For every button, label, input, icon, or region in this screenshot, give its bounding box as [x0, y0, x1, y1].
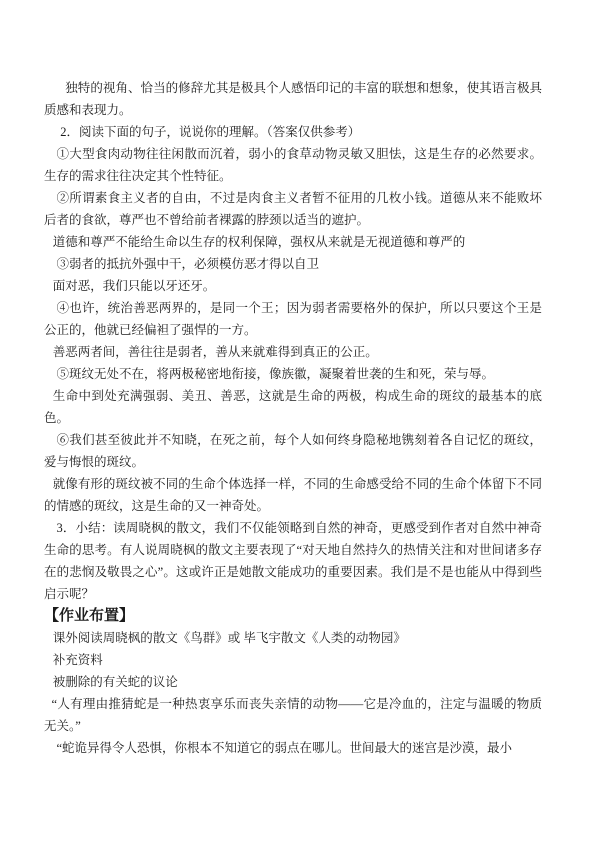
paragraph: 课外阅读周晓枫的散文《鸟群》或 毕飞宇散文《人类的动物园》 — [44, 627, 542, 649]
paragraph: 善恶两者间，善往往是弱者，善从来就难得到真正的公正。 — [44, 341, 542, 363]
paragraph: 2．阅读下面的句子，说说你的理解。（答案仅供参考） — [44, 121, 542, 143]
assignment-section-heading: 【作业布置】 — [44, 605, 542, 627]
document-body: 独特的视角、恰当的修辞尤其是极具个人感悟印记的丰富的联想和想象，使其语言极具质感… — [44, 77, 542, 759]
paragraph: 被删除的有关蛇的议论 — [44, 671, 542, 693]
paragraph: ⑤斑纹无处不在，将两极秘密地衔接，像族徽，凝聚着世袭的生和死，荣与辱。 — [44, 363, 542, 385]
paragraph: 生命中到处充满强弱、美丑、善恶，这就是生命的两极，构成生命的斑纹的最基本的底色。 — [44, 385, 542, 429]
document-page: 独特的视角、恰当的修辞尤其是极具个人感悟印记的丰富的联想和想象，使其语言极具质感… — [0, 0, 595, 841]
paragraph: ③弱者的抵抗外强中干，必须模仿恶才得以自卫 — [44, 253, 542, 275]
paragraph: ①大型食肉动物往往闲散而沉着，弱小的食草动物灵敏又胆怯，这是生存的必然要求。生存… — [44, 143, 542, 187]
paragraph: “人有理由推猜蛇是一种热衷享乐而丧失亲情的动物——它是冷血的，注定与温暖的物质无… — [44, 693, 542, 737]
paragraph: “蛇诡异得令人恐惧，你根本不知道它的弱点在哪儿。世间最大的迷宫是沙漠，最小 — [44, 737, 542, 759]
paragraph: ②所谓素食主义者的自由，不过是肉食主义者暂不征用的几枚小钱。道德从来不能败坏后者… — [44, 187, 542, 231]
paragraph: 面对恶，我们只能以牙还牙。 — [44, 275, 542, 297]
paragraph: ⑥我们甚至彼此并不知晓，在死之前，每个人如何终身隐秘地镌刻着各自记忆的斑纹，爱与… — [44, 429, 542, 473]
paragraph: 就像有形的斑纹被不同的生命个体选择一样，不同的生命感受给不同的生命个体留下不同的… — [44, 473, 542, 517]
paragraph: 道德和尊严不能给生命以生存的权利保障，强权从来就是无视道德和尊严的 — [44, 231, 542, 253]
paragraph: ④也许，统治善恶两界的，是同一个王；因为弱者需要格外的保护，所以只要这个王是公正… — [44, 297, 542, 341]
paragraph: 独特的视角、恰当的修辞尤其是极具个人感悟印记的丰富的联想和想象，使其语言极具质感… — [44, 77, 542, 121]
paragraph: 3．小结：读周晓枫的散文，我们不仅能领略到自然的神奇，更感受到作者对自然中神奇生… — [44, 517, 542, 605]
paragraph: 补充资料 — [44, 649, 542, 671]
